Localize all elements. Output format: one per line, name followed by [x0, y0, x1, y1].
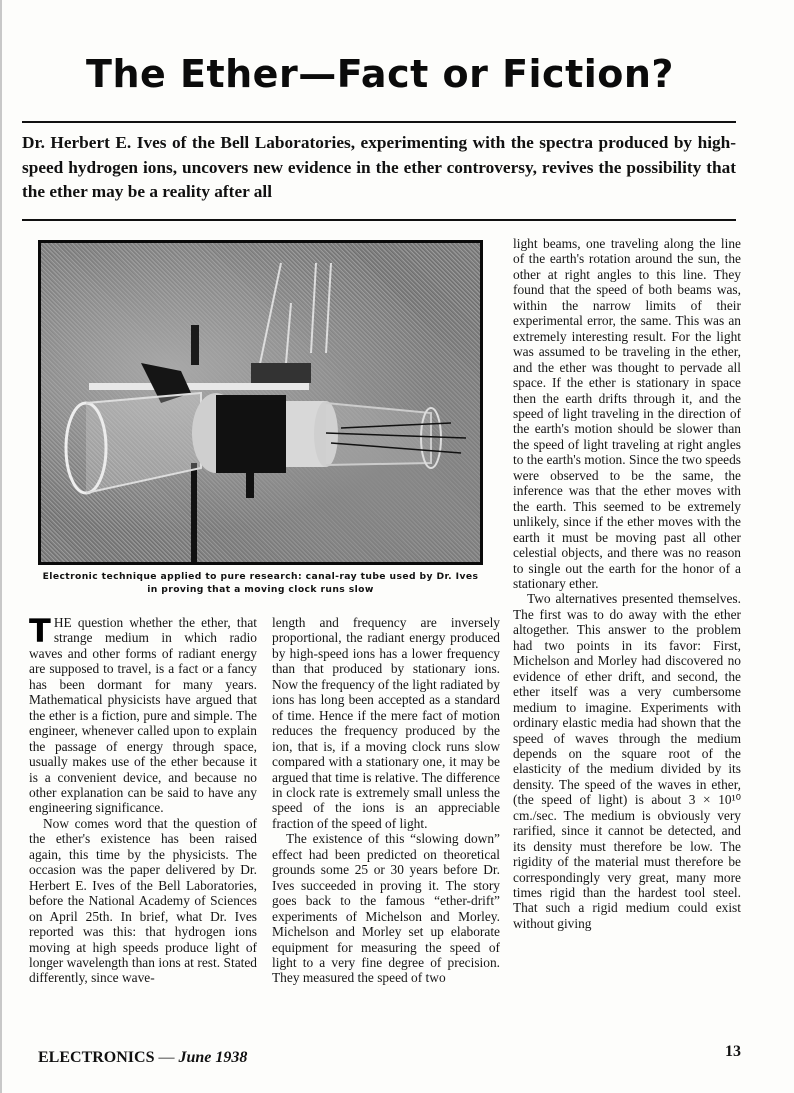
deck-rule	[22, 219, 736, 221]
paragraph: light beams, one traveling along the lin…	[513, 236, 741, 591]
canal-ray-tube-illustration	[41, 243, 480, 562]
text-column-1: THE question whether the ether, that str…	[29, 615, 257, 986]
paragraph: Now comes word that the question of the …	[29, 816, 257, 986]
drop-cap: T	[29, 617, 51, 645]
paragraph: THE question whether the ether, that str…	[29, 615, 257, 816]
title-rule	[22, 121, 736, 123]
paragraph: length and frequency are inversely propo…	[272, 615, 500, 831]
photo-caption: Electronic technique applied to pure res…	[38, 570, 483, 596]
issue-date: June 1938	[178, 1049, 247, 1066]
page-number: 13	[725, 1043, 741, 1061]
apparatus-photo	[38, 240, 483, 565]
article-title: The Ether—Fact or Fiction?	[0, 52, 760, 96]
running-footer: ELECTRONICS—June 1938	[38, 1049, 247, 1067]
paragraph: Two alternatives presented themselves. T…	[513, 591, 741, 931]
text-column-2: length and frequency are inversely propo…	[272, 615, 500, 986]
article-deck: Dr. Herbert E. Ives of the Bell Laborato…	[22, 131, 736, 205]
paragraph: The existence of this “slowing down” eff…	[272, 831, 500, 986]
text-column-3: light beams, one traveling along the lin…	[513, 236, 741, 931]
publication-name: ELECTRONICS	[38, 1049, 154, 1066]
footer-separator: —	[158, 1049, 174, 1066]
page-edge	[0, 0, 2, 1093]
